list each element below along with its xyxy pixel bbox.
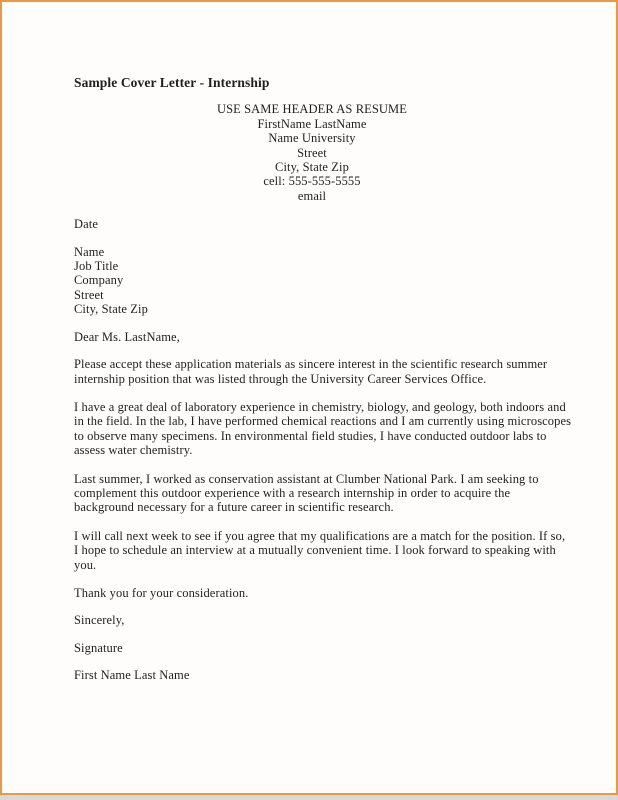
- header-line-instruction: USE SAME HEADER AS RESUME: [74, 102, 550, 116]
- header-line-name: FirstName LastName: [74, 117, 550, 131]
- resume-header-block: USE SAME HEADER AS RESUME FirstName Last…: [74, 102, 550, 203]
- paragraph-line: Please accept these application material…: [74, 357, 550, 371]
- paragraph-line: I hope to schedule an interview at a mut…: [74, 543, 550, 557]
- paragraph-follow-up: I will call next week to see if you agre…: [74, 529, 550, 572]
- paragraph-line: background necessary for a future career…: [74, 500, 550, 514]
- cover-letter-document: Sample Cover Letter - Internship USE SAM…: [2, 2, 618, 696]
- paragraph-line: assess water chemistry.: [74, 443, 550, 457]
- recipient-job-title: Job Title: [74, 259, 550, 273]
- paragraph-line: internship position that was listed thro…: [74, 372, 550, 386]
- paragraph-line: Last summer, I worked as conservation as…: [74, 472, 550, 486]
- recipient-name: Name: [74, 245, 550, 259]
- header-line-university: Name University: [74, 131, 550, 145]
- paragraph-line: I will call next week to see if you agre…: [74, 529, 550, 543]
- header-line-city-state-zip: City, State Zip: [74, 160, 550, 174]
- page-frame: Sample Cover Letter - Internship USE SAM…: [0, 0, 618, 795]
- paragraph-past-work: Last summer, I worked as conservation as…: [74, 472, 550, 515]
- paragraph-line: to observe many specimens. In environmen…: [74, 429, 550, 443]
- header-line-cell: cell: 555-555-5555: [74, 174, 550, 188]
- document-title: Sample Cover Letter - Internship: [74, 76, 550, 90]
- closing-sign-off: Sincerely,: [74, 613, 550, 627]
- closing-thanks: Thank you for your consideration.: [74, 586, 550, 600]
- paragraph-line: I have a great deal of laboratory experi…: [74, 400, 550, 414]
- date-line: Date: [74, 217, 550, 231]
- recipient-address-block: Name Job Title Company Street City, Stat…: [74, 245, 550, 317]
- paragraph-lab-experience: I have a great deal of laboratory experi…: [74, 400, 550, 458]
- header-line-street: Street: [74, 146, 550, 160]
- paragraph-line: complement this outdoor experience with …: [74, 486, 550, 500]
- paragraph-intro: Please accept these application material…: [74, 357, 550, 386]
- recipient-company: Company: [74, 273, 550, 287]
- paragraph-line: in the field. In the lab, I have perform…: [74, 414, 550, 428]
- paragraph-line: you.: [74, 558, 550, 572]
- recipient-city-state-zip: City, State Zip: [74, 302, 550, 316]
- closing-typed-name: First Name Last Name: [74, 668, 550, 682]
- salutation: Dear Ms. LastName,: [74, 330, 550, 344]
- header-line-email: email: [74, 189, 550, 203]
- recipient-street: Street: [74, 288, 550, 302]
- scan-edge-strip: [0, 795, 618, 800]
- closing-signature: Signature: [74, 641, 550, 655]
